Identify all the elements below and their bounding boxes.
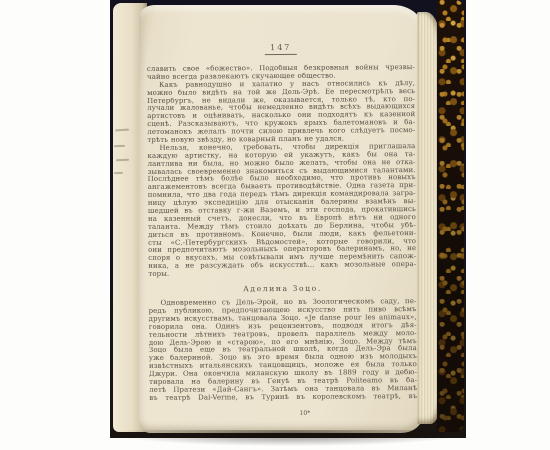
show-through-mark	[115, 129, 129, 132]
floor-shadow	[116, 430, 462, 446]
page-number: 147	[265, 43, 296, 55]
page-header: 147	[147, 34, 415, 56]
text-block: славить свое «божество». Подобныя безкро…	[147, 64, 417, 402]
book-page: 147 славить свое «божество». Подобныя бе…	[139, 5, 423, 433]
marbled-cover	[437, 0, 464, 432]
show-through-mark	[116, 159, 129, 162]
text-line: торы.	[148, 269, 416, 279]
signature-mark: 10*	[299, 409, 417, 417]
book-photo: 147 славить свое «божество». Подобныя бе…	[0, 0, 550, 450]
page-content: 147 славить свое «божество». Подобныя бе…	[147, 34, 418, 417]
show-through-mark	[114, 145, 125, 147]
section-heading: Аделина Зоцо.	[148, 284, 416, 294]
text-line: въ театрѣ Dal-Verme, въ Туринѣ въ короле…	[149, 393, 417, 403]
show-through-mark	[114, 172, 123, 174]
